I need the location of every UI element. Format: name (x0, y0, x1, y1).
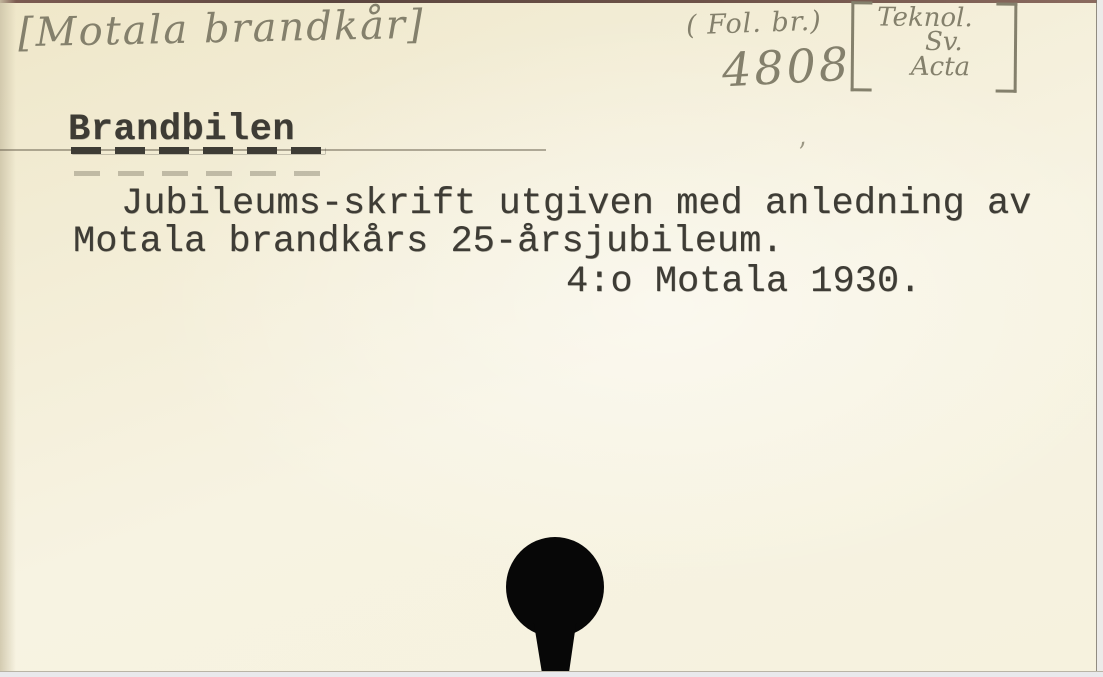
card-right-edge (1096, 0, 1103, 677)
description-line-1: Jubileums-skrift utgiven med anledning a… (121, 186, 1031, 223)
stray-pencil-mark: , (794, 121, 808, 152)
punch-hole (506, 537, 604, 637)
card-left-edge-shadow (0, 0, 16, 677)
card-bottom-edge (0, 671, 1103, 677)
handwritten-format-note: ( Fol. br.) (686, 6, 823, 42)
ghost-dash-impression (74, 171, 332, 176)
scanned-catalog-card: [Motala brandkår] ( Fol. br.) 4808 Tekno… (0, 0, 1103, 677)
imprint-line: 4:o Motala 1930. (566, 264, 921, 301)
description-line-2: Motala brandkårs 25-årsjubileum. (73, 224, 784, 261)
collection-line-3: Acta (911, 54, 971, 81)
handwritten-collection-bracket: Teknol. Sv. Acta (851, 1, 1018, 92)
handwritten-shelf-number: 4808 (721, 37, 853, 98)
typed-dash-underline (71, 147, 325, 154)
card-title: Brandbilen (68, 112, 295, 149)
left-bracket-stroke (851, 1, 873, 91)
right-bracket-stroke (996, 3, 1018, 93)
handwritten-subject-heading: [Motala brandkår] (18, 2, 426, 57)
